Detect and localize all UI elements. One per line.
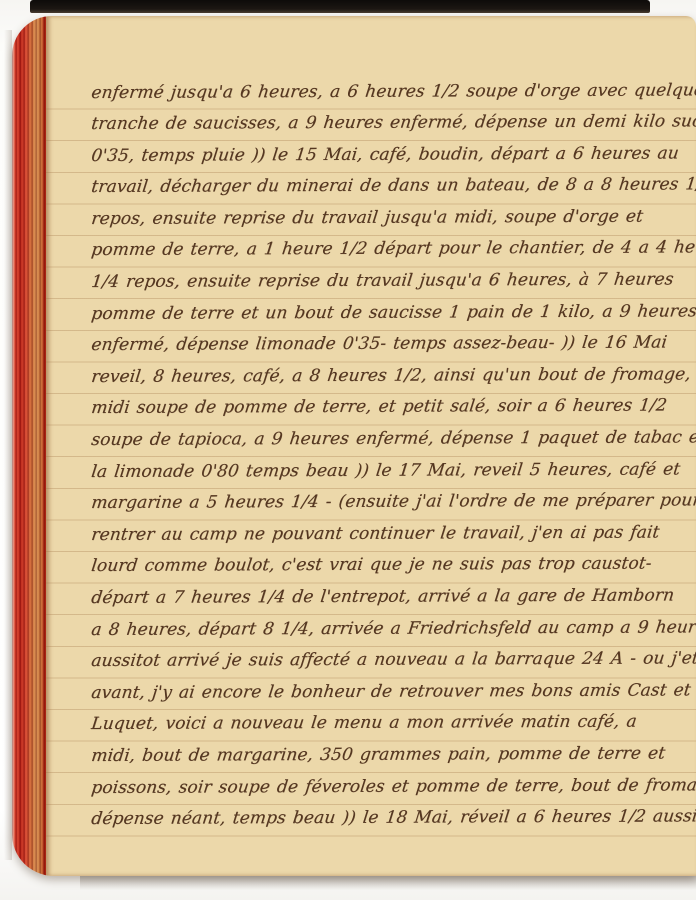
scanner-top-shadow [30,0,650,13]
handwritten-line: midi, bout de margarine, 350 grammes pai… [89,738,696,772]
handwritten-line: pomme de terre et un bout de saucisse 1 … [89,296,696,330]
handwritten-line: 0'35, temps pluie )) le 15 Mai, café, bo… [89,138,696,172]
red-page-fore-edge [12,16,46,876]
handwritten-line: dépense néant, temps beau )) le 18 Mai, … [89,802,696,836]
handwritten-line: reveil, 8 heures, café, a 8 heures 1/2, … [89,359,696,393]
handwritten-line: enfermé, dépense limonade 0'35- temps as… [89,328,696,362]
notebook-page: enfermé jusqu'a 6 heures, a 6 heures 1/2… [12,16,696,876]
handwritten-line: tranche de saucisses, a 9 heures enfermé… [89,106,696,140]
handwritten-line: pomme de terre, a 1 heure 1/2 départ pou… [89,233,696,267]
scanned-notebook-image: enfermé jusqu'a 6 heures, a 6 heures 1/2… [0,0,696,900]
handwritten-line: avant, j'y ai encore le bonheur de retro… [89,675,696,709]
handwritten-line: travail, décharger du minerai de dans un… [89,170,696,204]
handwritten-line: aussitot arrivé je suis affecté a nouvea… [89,644,696,678]
handwritten-line: 1/4 repos, ensuite reprise du travail ju… [89,264,696,298]
handwritten-line: margarine a 5 heures 1/4 - (ensuite j'ai… [89,486,696,520]
paper-surface: enfermé jusqu'a 6 heures, a 6 heures 1/2… [46,16,696,876]
handwritten-line: Luquet, voici a nouveau le menu a mon ar… [89,707,696,741]
handwritten-line: rentrer au camp ne pouvant continuer le … [89,517,696,551]
handwritten-text-block: enfermé jusqu'a 6 heures, a 6 heures 1/2… [90,78,696,836]
handwritten-line: départ a 7 heures 1/4 de l'entrepot, arr… [89,580,696,614]
handwritten-line: repos, ensuite reprise du travail jusqu'… [89,201,696,235]
handwritten-line: soupe de tapioca, a 9 heures enfermé, dé… [89,422,696,456]
handwritten-line: a 8 heures, départ 8 1/4, arrivée a Frie… [89,612,696,646]
handwritten-line: enfermé jusqu'a 6 heures, a 6 heures 1/2… [89,75,696,109]
handwritten-line: poissons, soir soupe de féveroles et pom… [89,770,696,804]
page-left-drop-shadow [4,30,12,860]
page-bottom-drop-shadow [80,876,696,890]
handwritten-line: la limonade 0'80 temps beau )) le 17 Mai… [89,454,696,488]
handwritten-line: midi soupe de pomme de terre, et petit s… [89,391,696,425]
handwritten-line: lourd comme boulot, c'est vrai que je ne… [89,549,696,583]
